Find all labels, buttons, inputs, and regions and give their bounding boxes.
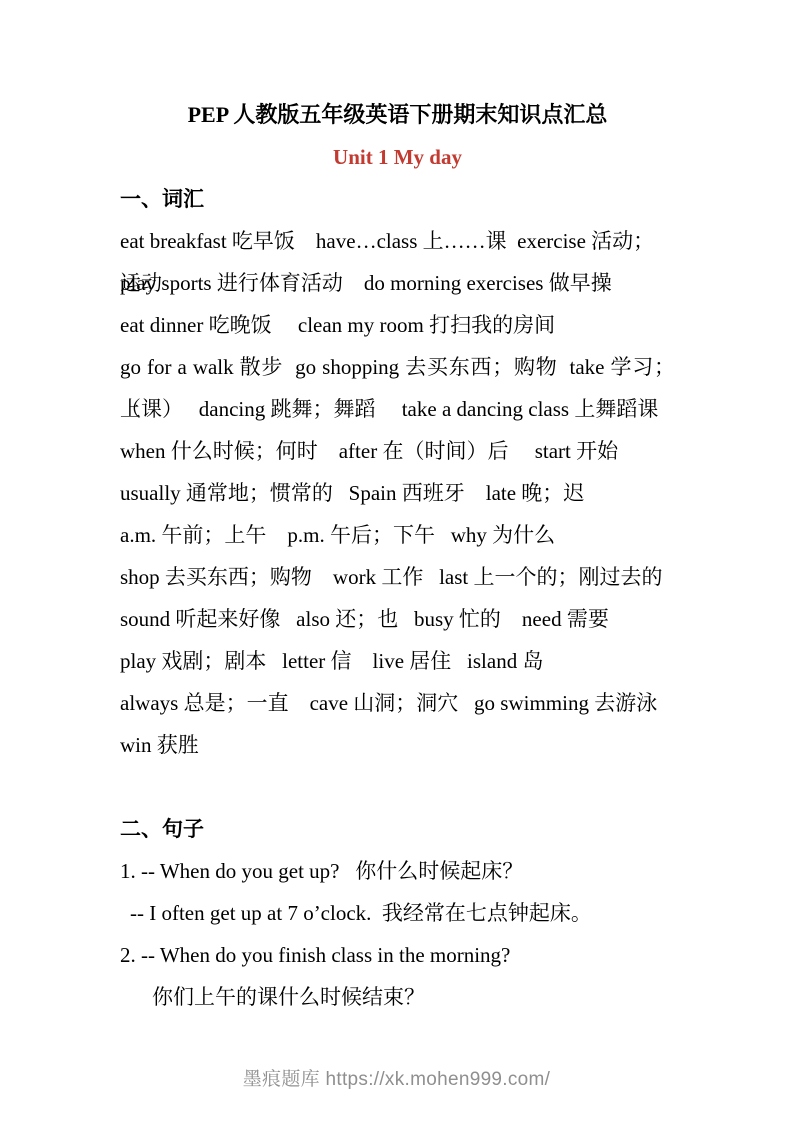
- vocab-line: when 什么时候；何时 after 在（时间）后 start 开始: [120, 430, 675, 472]
- vocab-line: eat breakfast 吃早饭 have…class 上……课 exerci…: [120, 220, 675, 262]
- section-heading-sentences: 二、句子: [120, 808, 675, 850]
- vocab-line: （课） dancing 跳舞；舞蹈 take a dancing class 上…: [120, 388, 675, 430]
- vocab-line: sound 听起来好像 also 还；也 busy 忙的 need 需要: [120, 598, 675, 640]
- document-content: PEP 人教版五年级英语下册期末知识点汇总 Unit 1 My day 一、词汇…: [0, 0, 793, 1018]
- vocab-line: always 总是；一直 cave 山洞；洞穴 go swimming 去游泳: [120, 682, 675, 724]
- vocab-line: a.m. 午前；上午 p.m. 午后；下午 why 为什么: [120, 514, 675, 556]
- sentence-line: 1. -- When do you get up? 你什么时候起床？: [120, 850, 675, 892]
- vocab-line: win 获胜: [120, 724, 675, 766]
- vocab-line: play sports 进行体育活动 do morning exercises …: [120, 262, 675, 304]
- vocab-line: go for a walk 散步 go shopping 去买东西；购物 tak…: [120, 346, 675, 388]
- sentence-line: 2. -- When do you finish class in the mo…: [120, 934, 675, 976]
- document-title: PEP 人教版五年级英语下册期末知识点汇总: [120, 94, 675, 136]
- vocab-line: shop 去买东西；购物 work 工作 last 上一个的；刚过去的: [120, 556, 675, 598]
- sentence-line: -- I often get up at 7 o’clock. 我经常在七点钟起…: [120, 892, 675, 934]
- unit-title: Unit 1 My day: [120, 136, 675, 178]
- watermark-footer: 墨痕题库 https://xk.mohen999.com/: [0, 1068, 793, 1092]
- section-heading-vocab: 一、词汇: [120, 178, 675, 220]
- vocab-line: play 戏剧；剧本 letter 信 live 居住 island 岛: [120, 640, 675, 682]
- vocab-line: eat dinner 吃晚饭 clean my room 打扫我的房间: [120, 304, 675, 346]
- section-gap: [120, 766, 675, 808]
- sentence-line: 你们上午的课什么时候结束？: [120, 976, 675, 1018]
- vocab-line: usually 通常地；惯常的 Spain 西班牙 late 晚；迟: [120, 472, 675, 514]
- document-page: PEP 人教版五年级英语下册期末知识点汇总 Unit 1 My day 一、词汇…: [0, 0, 793, 1122]
